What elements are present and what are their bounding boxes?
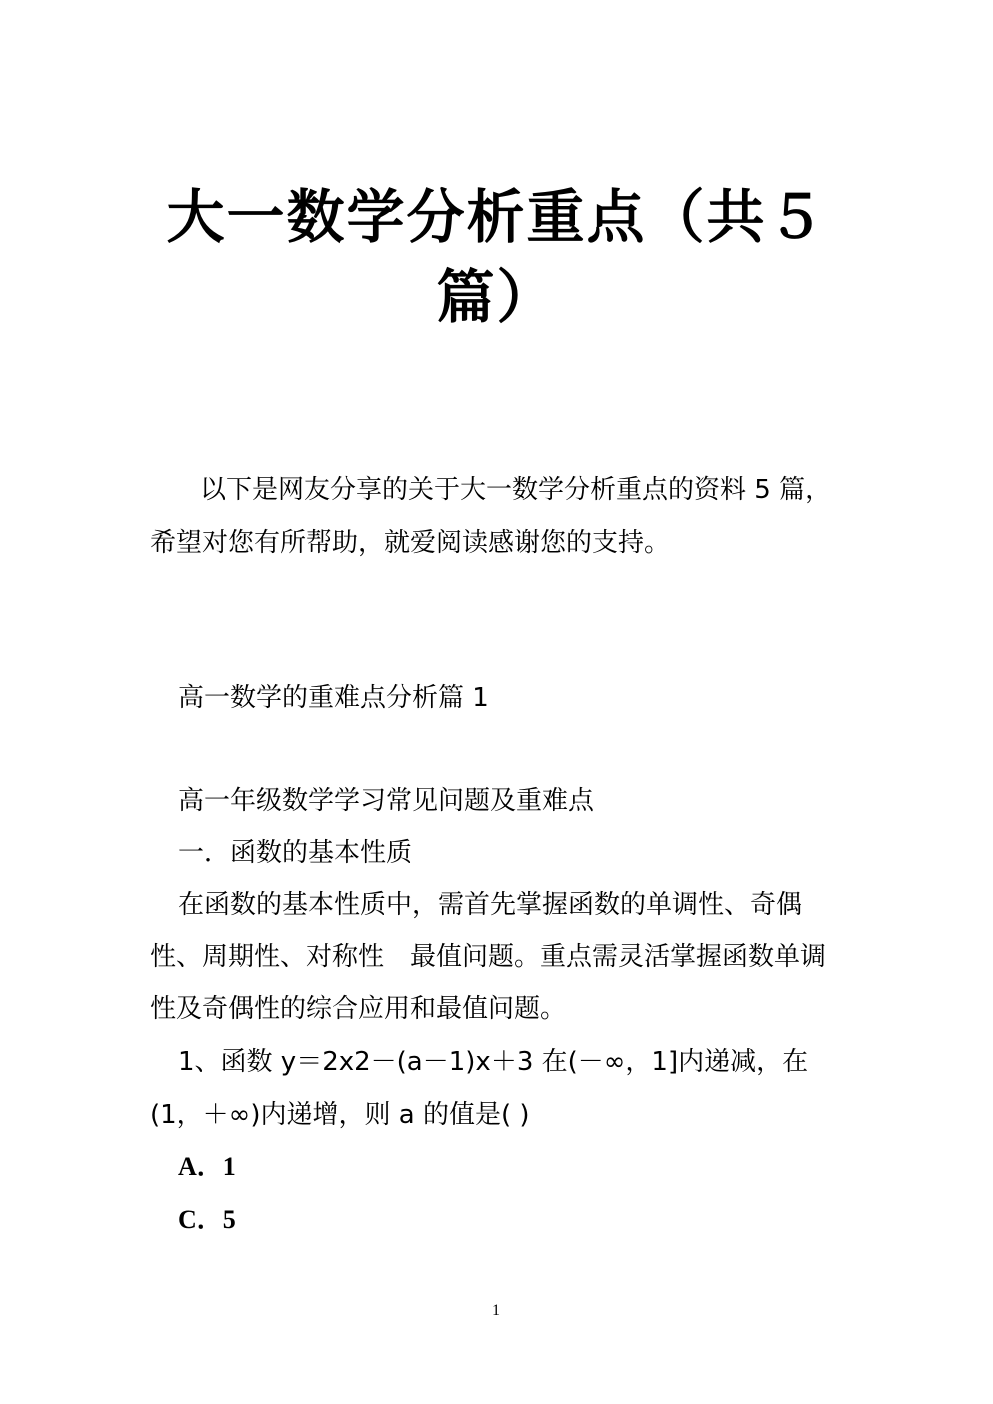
subheading: 高一年级数学学习常见问题及重难点 [178, 786, 594, 816]
body-paragraph-line-2: 性、周期性、对称性 最值问题。重点需灵活掌握函数单调 [150, 942, 826, 972]
document-title-line-2: 篇） [120, 268, 873, 326]
page-number: 1 [486, 1302, 506, 1320]
document-page: 大一数学分析重点（共５ 篇） 以下是网友分享的关于大一数学分析重点的资料 5 篇… [0, 0, 993, 1404]
intro-paragraph-line-1: 以下是网友分享的关于大一数学分析重点的资料 5 篇， [200, 475, 831, 505]
question-line-1: 1、函数 y＝2x2－(a－1)x＋3 在(－∞，1]内递减，在 [178, 1047, 808, 1077]
section-heading: 高一数学的重难点分析篇 1 [178, 683, 489, 713]
option-a: A．1 [178, 1152, 236, 1182]
document-title-line-1: 大一数学分析重点（共５ [120, 188, 873, 246]
part-heading: 一．函数的基本性质 [178, 838, 412, 868]
intro-paragraph-line-2: 希望对您有所帮助，就爱阅读感谢您的支持。 [150, 528, 670, 558]
question-line-2: (1，＋∞)内递增，则 a 的值是( ) [150, 1100, 530, 1130]
body-paragraph-line-1: 在函数的基本性质中，需首先掌握函数的单调性、奇偶 [178, 890, 802, 920]
body-paragraph-line-3: 性及奇偶性的综合应用和最值问题。 [150, 994, 566, 1024]
option-c: C．5 [178, 1205, 236, 1235]
